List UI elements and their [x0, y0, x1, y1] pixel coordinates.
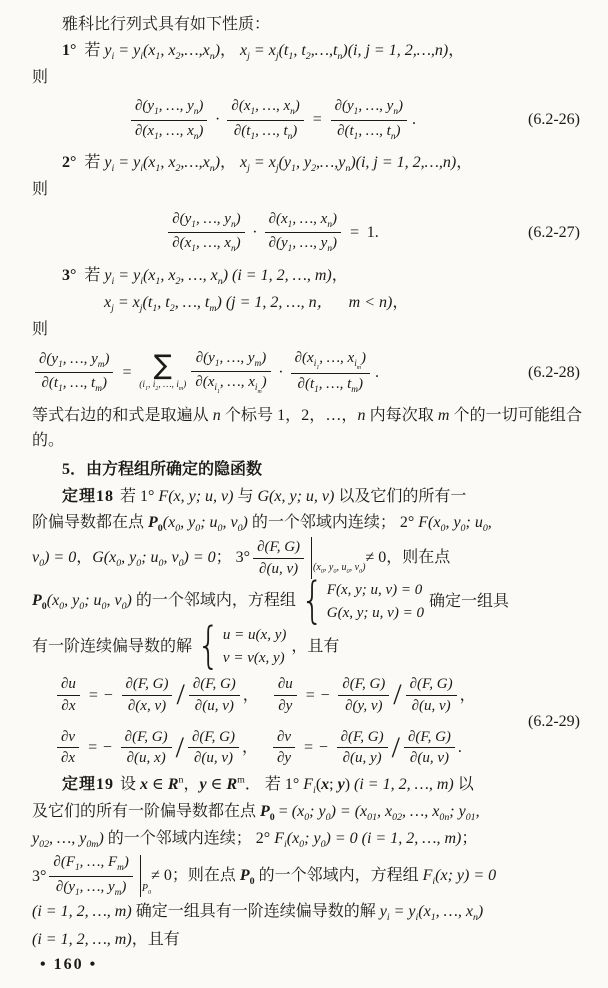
- denominator: ∂(u, v): [406, 696, 457, 716]
- then-word-1: 则: [32, 65, 582, 91]
- multiplication-dot: ·: [253, 220, 257, 246]
- equation-6-2-27: ∂(y1, …, yn)∂(x1, …, xn) · ∂(x1, …, xn)∂…: [32, 208, 582, 258]
- equation-number: (6.2-27): [528, 220, 580, 246]
- then-word-3: 则: [32, 317, 582, 343]
- theorem-18-line-2: 阶偏导数都在点 P0(x0, y0; u0, v0) 的一个邻域内连续； 2° …: [32, 510, 582, 537]
- denominator: ∂(xi1, …, xim): [191, 372, 270, 396]
- solution-system: {u = u(x, y)v = v(x, y): [197, 624, 286, 669]
- numerator: ∂v: [273, 728, 295, 749]
- numerator: ∂(y1, …, yn): [168, 210, 244, 234]
- denominator: ∂(u, y): [337, 748, 388, 768]
- equation-number: (6.2-28): [528, 360, 580, 386]
- jacobian-fraction: ∂(F, G)∂(x, v): [122, 675, 173, 716]
- numerator: ∂(xi1, …, xim): [291, 349, 370, 374]
- jacobian-fraction: ∂(F, G)∂(u, x): [121, 728, 172, 769]
- denominator: ∂(t1, …, tn): [331, 121, 407, 144]
- equals-minus: = −: [88, 683, 114, 709]
- jacobian-fraction: ∂(F, G)∂(u, v): [404, 728, 455, 769]
- theorem-19-text-4b: ≠ 0；则在点 P0 的一个邻域内，方程组 Fi(x; y) = 0: [151, 863, 496, 890]
- denominator: ∂(y, v): [338, 696, 389, 716]
- numerator: ∂(x1, …, xn): [227, 97, 303, 121]
- theorem-19-line-4: 3° ∂(F1, …, Fm)∂(y1, …, ym) P0 ≠ 0；则在点 P…: [32, 853, 582, 899]
- numerator: ∂(F, G): [338, 675, 389, 696]
- equation-system: {F(x, y; u, v) = 0G(x, y; u, v) = 0: [301, 579, 424, 624]
- left-brace: {: [301, 577, 324, 626]
- jacobian-fraction: ∂(F, G)∂(u, v): [406, 675, 457, 716]
- equals-minus: = −: [305, 683, 331, 709]
- numerator: ∂u: [274, 675, 297, 696]
- system-equation-2: G(x, y; u, v) = 0: [327, 602, 424, 625]
- theorem-18-text-5b: ，且有: [291, 634, 339, 660]
- partial-derivative: ∂v∂y: [273, 728, 295, 769]
- system-equation-1: F(x, y; u, v) = 0: [327, 579, 424, 602]
- division-slash: /: [176, 680, 184, 710]
- equation-number: (6.2-29): [528, 709, 580, 735]
- partial-derivative: ∂u∂x: [57, 675, 80, 716]
- theorem-19-text-4a: 3°: [32, 864, 46, 890]
- comma: ，: [242, 735, 258, 761]
- formula-row-1: ∂u∂x = − ∂(F, G)∂(x, v) / ∂(F, G)∂(u, v)…: [54, 675, 506, 716]
- equation-6-2-26: ∂(y1, …, yn)∂(x1, …, xn) · ∂(x1, …, xn)∂…: [32, 95, 582, 145]
- period: .: [375, 360, 379, 386]
- theorem-19-text-1: 设 x ∈ Rn，y ∈ Rm． 若 1° Fi(x; y) (i = 1, 2…: [120, 776, 474, 793]
- property-3-label: 3°: [62, 267, 76, 284]
- equals-sign: =: [349, 220, 360, 246]
- numerator: ∂(F, G): [121, 728, 172, 749]
- division-slash: /: [393, 680, 401, 710]
- numerator: ∂(F, G): [253, 538, 304, 559]
- denominator: ∂(t1, …, tm): [291, 374, 370, 397]
- jacobian-fraction: ∂(F, G)∂(u, v): [188, 728, 239, 769]
- denominator: ∂(x1, …, xn): [168, 233, 244, 256]
- jacobian-fraction: ∂(xi1, …, xim)∂(t1, …, tm): [291, 349, 370, 397]
- theorem-19-line-1: 定理19设 x ∈ Rn，y ∈ Rm． 若 1° Fi(x; y) (i = …: [32, 772, 582, 799]
- partial-derivative: ∂u∂y: [274, 675, 297, 716]
- right-hand-side: 1.: [367, 220, 379, 246]
- theorem-19-line-2: 及它们的所有一阶偏导数都在点 P0 = (x0; y0) = (x01, x02…: [32, 799, 582, 826]
- property-1-label: 1°: [62, 42, 76, 59]
- jacobian-fraction: ∂(y1, …, yn)∂(t1, …, tn): [331, 97, 407, 143]
- multiplication-dot: ·: [279, 360, 283, 386]
- comma: ，: [243, 683, 259, 709]
- theorem-18-text-1: 若 1° F(x, y; u, v) 与 G(x, y; u, v) 以及它们的…: [120, 488, 466, 505]
- denominator: ∂(u, v): [404, 748, 455, 768]
- comma: ，: [460, 683, 476, 709]
- jacobian-fraction: ∂(y1, …, yn)∂(x1, …, xn): [168, 210, 244, 256]
- denominator: ∂(t1, …, tn): [227, 121, 303, 144]
- equals-sign: =: [312, 107, 323, 133]
- numerator: ∂(F, G): [189, 675, 240, 696]
- evaluation-point: P0: [142, 881, 151, 898]
- jacobian-fraction: ∂(y1, …, ym)∂(xi1, …, xim): [191, 349, 270, 397]
- numerator: ∂(y1, …, yn): [331, 97, 407, 121]
- equals-sign: =: [121, 360, 132, 386]
- jacobian-fraction: ∂(x1, …, xn)∂(t1, …, tn): [227, 97, 303, 143]
- theorem-18-text-5a: 有一阶连续偏导数的解: [32, 634, 192, 660]
- jacobian-fraction: ∂(y1, …, ym)∂(t1, …, tm): [35, 350, 113, 396]
- theorem-19-line-5: (i = 1, 2, …, m) 确定一组具有一阶连续偏导数的解 yi = yi…: [32, 899, 582, 926]
- jacobian-fraction: ∂(F, G)∂(u, y): [337, 728, 388, 769]
- denominator: ∂(u, v): [253, 559, 304, 579]
- theorem-18-line-1: 定理18若 1° F(x, y; u, v) 与 G(x, y; u, v) 以…: [32, 484, 582, 510]
- page-number: • 160 •: [32, 952, 582, 988]
- equation-number: (6.2-26): [528, 107, 580, 133]
- equation-6-2-29: ∂u∂x = − ∂(F, G)∂(x, v) / ∂(F, G)∂(u, v)…: [32, 675, 582, 768]
- property-3-line-2: xj = xj(t1, t2, …, tm) (j = 1, 2, …, n， …: [32, 290, 582, 317]
- multiplication-dot: ·: [215, 107, 219, 133]
- property-2-text: 若 yi = yi(x1, x2,…,xn)， xj = xj(y1, y2,……: [84, 154, 472, 171]
- jacobian-fraction: ∂(y1, …, yn)∂(x1, …, xn): [131, 97, 207, 143]
- theorem-18-line-4: P0(x0, y0; u0, v0) 的一个邻域内，方程组 {F(x, y; u…: [32, 579, 582, 624]
- period: .: [458, 735, 462, 761]
- numerator: ∂u: [57, 675, 80, 696]
- equals-minus: = −: [303, 735, 329, 761]
- theorem-19-line-3: y02, …, y0m) 的一个邻域内连续； 2° Fi(x0; y0) = 0…: [32, 826, 582, 853]
- denominator: ∂(y1, …, ym): [49, 877, 132, 900]
- jacobian-fraction: ∂(F, G)∂(u, v): [189, 675, 240, 716]
- denominator: ∂(x1, …, xn): [131, 121, 207, 144]
- property-2-label: 2°: [62, 154, 76, 171]
- sum-note-paragraph: 等式右边的和式是取遍从 n 个标号 1，2，…，n 内每次取 m 个的一切可能组…: [32, 403, 582, 454]
- summation-symbol: ∑(i1, i2, …, im): [139, 352, 186, 393]
- numerator: ∂(F1, …, Fm): [49, 853, 132, 877]
- numerator: ∂(F, G): [337, 728, 388, 749]
- summation-index: (i1, i2, …, im): [139, 381, 186, 393]
- jacobian-fraction: ∂(F1, …, Fm)∂(y1, …, ym): [49, 853, 132, 899]
- property-1-line: 1°若 yi = yi(x1, x2,…,xn)， xj = xj(t1, t2…: [32, 38, 582, 65]
- property-3-line-1: 3°若 yi = yi(x1, x2, …, xn) (i = 1, 2, …,…: [32, 263, 582, 290]
- denominator: ∂y: [273, 748, 295, 768]
- equation-6-2-28: ∂(y1, …, ym)∂(t1, …, tm) = ∑(i1, i2, …, …: [32, 348, 582, 398]
- numerator: ∂(y1, …, ym): [35, 350, 113, 374]
- section-5-heading: 5．由方程组所确定的隐函数: [32, 457, 582, 483]
- sigma-glyph: ∑: [154, 352, 172, 379]
- denominator: ∂x: [57, 748, 79, 768]
- numerator: ∂(y1, …, yn): [131, 97, 207, 121]
- numerator: ∂(F, G): [404, 728, 455, 749]
- intro-line: 雅科比行列式具有如下性质：: [32, 12, 582, 38]
- denominator: ∂(y1, …, yn): [265, 233, 341, 256]
- jacobian-fraction: ∂(F, G)∂(u, v): [253, 538, 304, 579]
- left-brace: {: [197, 622, 220, 671]
- numerator: ∂(F, G): [122, 675, 173, 696]
- theorem-18-text-4b: 确定一组具: [429, 589, 509, 615]
- theorem-18-label: 定理18: [62, 488, 114, 505]
- numerator: ∂(F, G): [188, 728, 239, 749]
- solution-equation-2: v = v(x, y): [223, 647, 286, 670]
- period: .: [412, 107, 416, 133]
- numerator: ∂(F, G): [406, 675, 457, 696]
- denominator: ∂(u, v): [188, 748, 239, 768]
- division-slash: /: [176, 733, 184, 763]
- partial-derivative-formulas: ∂u∂x = − ∂(F, G)∂(x, v) / ∂(F, G)∂(u, v)…: [32, 675, 506, 768]
- denominator: ∂(u, x): [121, 748, 172, 768]
- formula-row-2: ∂v∂x = − ∂(F, G)∂(u, x) / ∂(F, G)∂(u, v)…: [54, 728, 506, 769]
- property-3-text-1: 若 yi = yi(x1, x2, …, xn) (i = 1, 2, …, m…: [84, 267, 347, 284]
- property-1-text: 若 yi = yi(x1, x2,…,xn)， xj = xj(t1, t2,……: [84, 42, 464, 59]
- denominator: ∂(x, v): [122, 696, 173, 716]
- equals-minus: = −: [87, 735, 113, 761]
- denominator: ∂(t1, …, tm): [35, 373, 113, 396]
- theorem-18-text-3b: ≠ 0，则在点: [365, 545, 450, 571]
- theorem-19-line-6: (i = 1, 2, …, m)，且有: [32, 927, 582, 953]
- numerator: ∂(x1, …, xn): [265, 210, 341, 234]
- theorem-18-text-4a: P0(x0, y0; u0, v0) 的一个邻域内，方程组: [32, 588, 296, 615]
- property-2-line: 2°若 yi = yi(x1, x2,…,xn)， xj = xj(y1, y2…: [32, 150, 582, 177]
- division-slash: /: [392, 733, 400, 763]
- denominator: ∂y: [274, 696, 297, 716]
- solution-equation-1: u = u(x, y): [223, 624, 286, 647]
- theorem-19-label: 定理19: [62, 776, 114, 793]
- numerator: ∂v: [57, 728, 79, 749]
- textbook-page: 雅科比行列式具有如下性质： 1°若 yi = yi(x1, x2,…,xn)， …: [0, 0, 608, 988]
- denominator: ∂x: [57, 696, 80, 716]
- denominator: ∂(u, v): [189, 696, 240, 716]
- numerator: ∂(y1, …, ym): [191, 349, 270, 373]
- evaluation-bar: [140, 855, 141, 897]
- then-word-2: 则: [32, 177, 582, 203]
- theorem-18-line-5: 有一阶连续偏导数的解 {u = u(x, y)v = v(x, y) ，且有: [32, 624, 582, 669]
- partial-derivative: ∂v∂x: [57, 728, 79, 769]
- jacobian-fraction: ∂(F, G)∂(y, v): [338, 675, 389, 716]
- jacobian-fraction: ∂(x1, …, xn)∂(y1, …, yn): [265, 210, 341, 256]
- theorem-18-text-3a: v0) = 0，G(x0, y0; u0, v0) = 0； 3°: [32, 545, 250, 572]
